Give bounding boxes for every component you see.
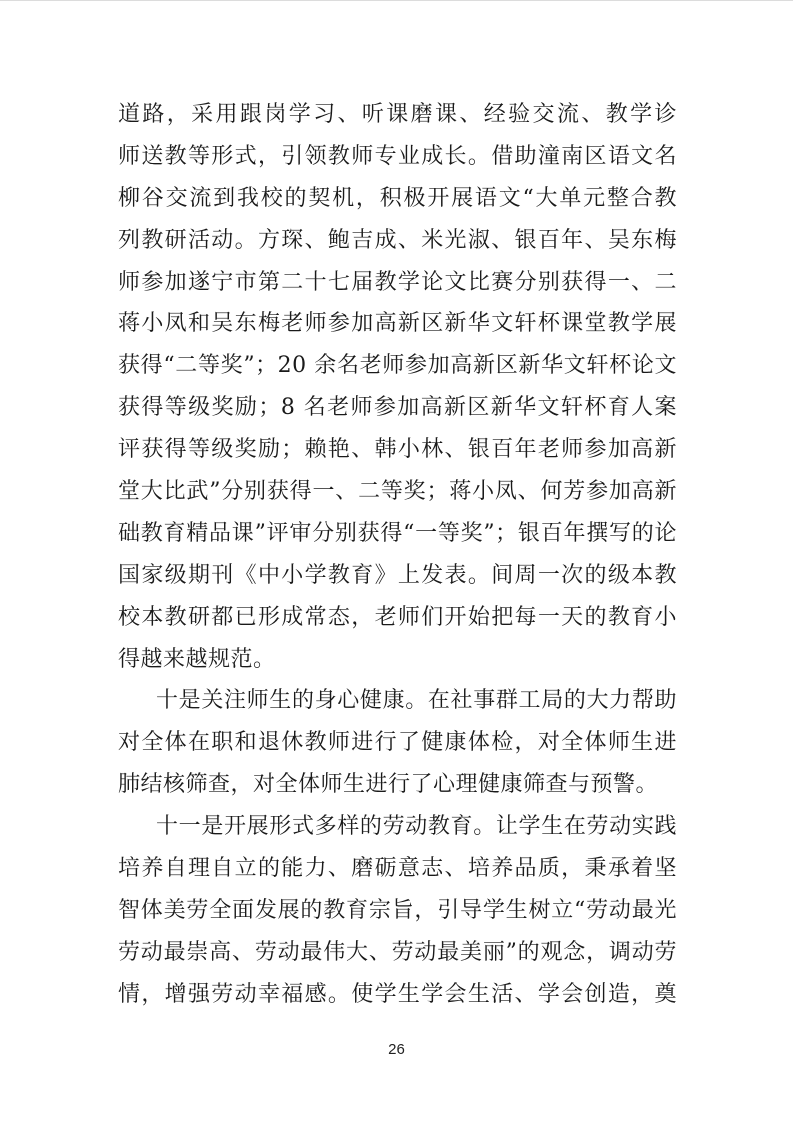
text-line: 蒋小凤和吴东梅老师参加高新区新华文轩杯课堂教学展评 [118,303,677,345]
text-line: 评获得等级奖励；赖艳、韩小林、银百年老师参加高新区“课 [118,429,677,471]
text-line: 堂大比武”分别获得一、二等奖；蒋小凤、何芳参加高新区“基 [118,471,677,513]
text-line: 础教育精品课”评审分别获得“一等奖”；银百年撰写的论文在 [118,513,677,555]
page-footer: 26 [0,1039,793,1058]
text-line: 师参加遂宁市第二十七届教学论文比赛分别获得一、二等奖； [118,262,677,304]
text-line: 获得等级奖励；8 名老师参加高新区新华文轩杯育人案例展 [118,387,677,429]
text-line: 柳谷交流到我校的契机，积极开展语文“大单元整合教学”系 [118,178,677,220]
text-line: 得越来越规范。 [118,639,677,681]
text-line: 获得“二等奖”；20 余名老师参加高新区新华文轩杯论文展评 [118,345,677,387]
text-line: 道路，采用跟岗学习、听课磨课、经验交流、教学诊断、名 [118,94,677,136]
document-body-text: 道路，采用跟岗学习、听课磨课、经验交流、教学诊断、名 师送教等形式，引领教师专业… [118,94,677,1016]
text-line: 培养自理自立的能力、磨砺意志、培养品质，秉承着坚持德 [118,848,677,890]
document-page: 道路，采用跟岗学习、听课磨课、经验交流、教学诊断、名 师送教等形式，引领教师专业… [0,0,793,1123]
text-line: 肺结核筛查，对全体师生进行了心理健康筛查与预警。 [118,764,677,806]
text-line: 十是关注师生的身心健康。在社事群工局的大力帮助下， [118,680,677,722]
page-number: 26 [388,1041,405,1058]
text-line: 校本教研都已形成常态，老师们开始把每一天的教育小事做 [118,597,677,639]
text-line: 国家级期刊《中小学教育》上发表。间周一次的级本教研、 [118,555,677,597]
text-line: 列教研活动。方琛、鲍吉成、米光淑、银百年、吴东梅等老 [118,220,677,262]
text-line: 师送教等形式，引领教师专业成长。借助潼南区语文名师陈 [118,136,677,178]
text-line: 对全体在职和退休教师进行了健康体检，对全体师生进行了 [118,722,677,764]
text-line: 劳动最崇高、劳动最伟大、劳动最美丽”的观念，调动劳动热 [118,932,677,974]
text-line: 智体美劳全面发展的教育宗旨，引导学生树立“劳动最光荣、 [118,890,677,932]
text-line: 十一是开展形式多样的劳动教育。让学生在劳动实践中 [118,806,677,848]
text-line: 情，增强劳动幸福感。使学生学会生活、学会创造，奠基幸 [118,974,677,1016]
